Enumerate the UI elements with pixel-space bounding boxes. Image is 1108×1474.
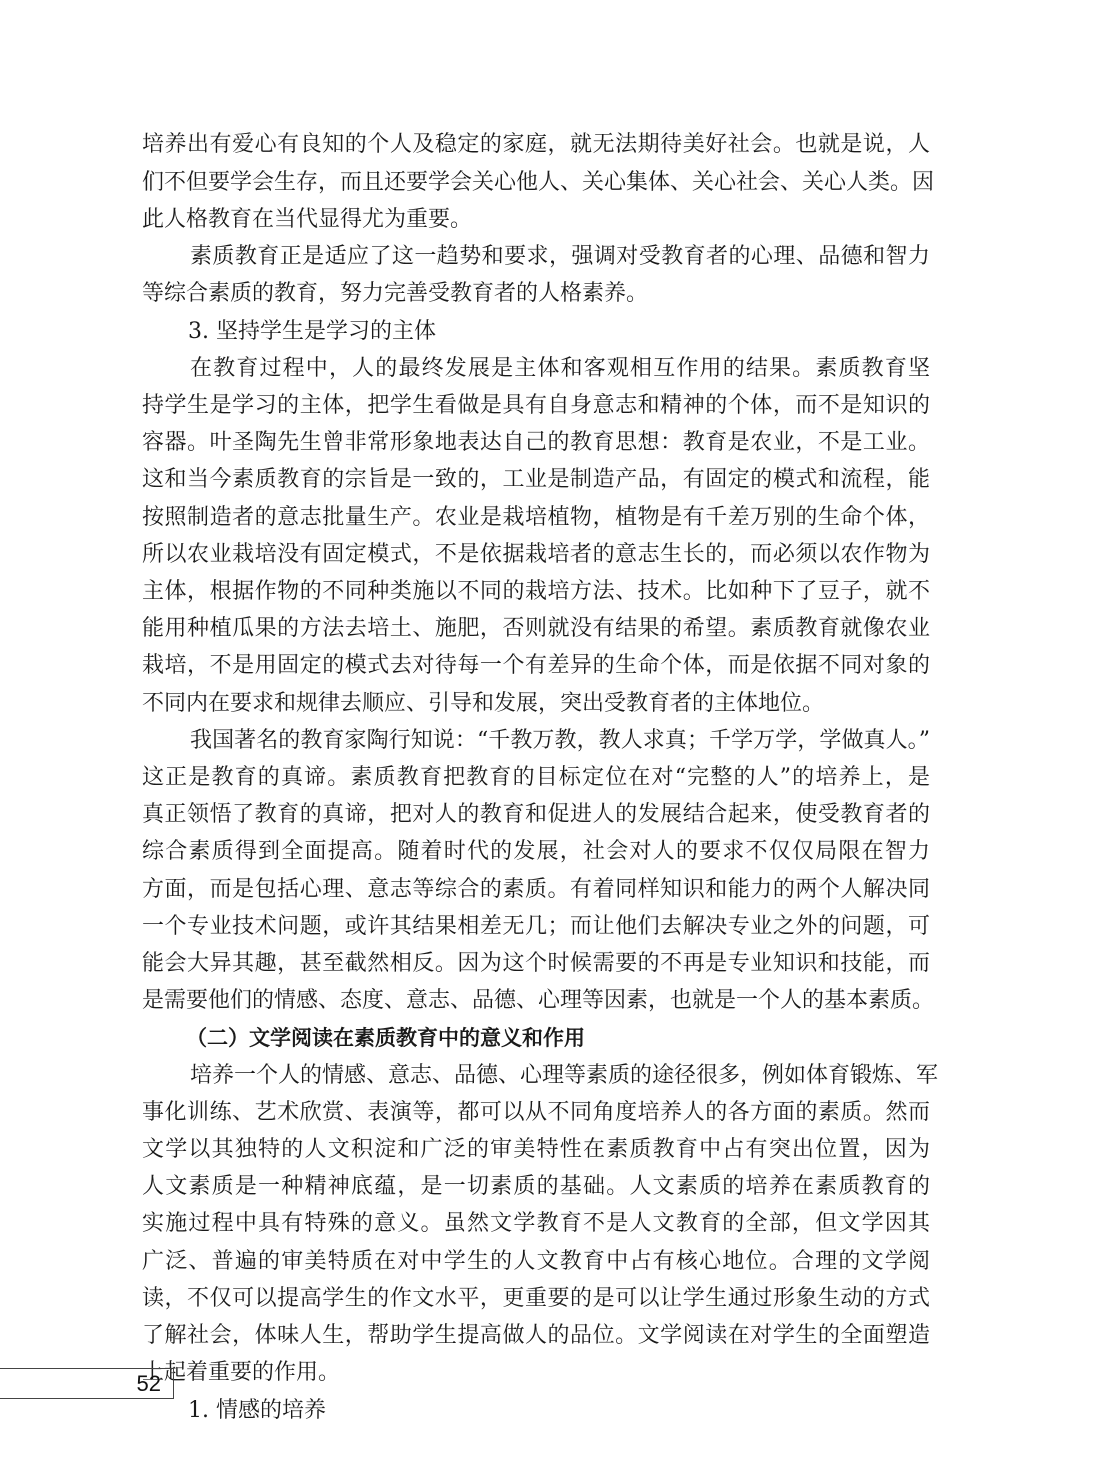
text-line: 文学以其独特的人文积淀和广泛的审美特性在素质教育中占有突出位置，因为 (142, 1135, 930, 1165)
text-line: 一个专业技术问题，或许其结果相差无几；而让他们去解决专业之外的问题，可 (142, 912, 930, 942)
page-number-box: 52 (0, 1368, 174, 1399)
subsection-heading: 3. 坚持学生是学习的主体 (188, 317, 688, 347)
section-heading: （二）文学阅读在素质教育中的意义和作用 (186, 1023, 786, 1053)
text-line: 栽培，不是用固定的模式去对待每一个有差异的生命个体，而是依据不同对象的 (142, 651, 930, 681)
document-page: 培养出有爱心有良知的个人及稳定的家庭，就无法期待美好社会。也就是说，人们不但要学… (0, 0, 1108, 1474)
text-line: 方面，而是包括心理、意志等综合的素质。有着同样知识和能力的两个人解决同 (142, 875, 930, 905)
paragraph-last-line: 不同内在要求和规律去顺应、引导和发展，突出受教育者的主体地位。 (142, 689, 930, 719)
page-number: 52 (137, 1371, 161, 1396)
text-line: 按照制造者的意志批量生产。农业是栽培植物，植物是有千差万别的生命个体， (142, 503, 930, 533)
text-line: 这正是教育的真谛。素质教育把教育的目标定位在对“完整的人”的培养上，是 (142, 763, 930, 793)
text-line: 是需要他们的情感、态度、意志、品德、心理等因素，也就是一个人的基本素质。 (142, 986, 930, 1016)
text-line: 实施过程中具有特殊的意义。虽然文学教育不是人文教育的全部，但文学因其 (142, 1209, 930, 1239)
text-line: 事化训练、艺术欣赏、表演等，都可以从不同角度培养人的各方面的素质。然而 (142, 1098, 930, 1128)
text-line: 能用种植瓜果的方法去培土、施肥，否则就没有结果的希望。素质教育就像农业 (142, 614, 930, 644)
paragraph-last-line: 上起着重要的作用。 (142, 1358, 930, 1388)
text-line: 主体，根据作物的不同种类施以不同的栽培方法、技术。比如种下了豆子，就不 (142, 577, 930, 607)
subsection-heading: 1. 情感的培养 (188, 1396, 688, 1426)
paragraph-first-line: 素质教育正是适应了这一趋势和要求，强调对受教育者的心理、品德和智力 (190, 242, 930, 272)
text-line: 培养出有爱心有良知的个人及稳定的家庭，就无法期待美好社会。也就是说，人 (142, 130, 930, 160)
text-line: 了解社会，体味人生，帮助学生提高做人的品位。文学阅读在对学生的全面塑造 (142, 1321, 930, 1351)
paragraph-last-line: 等综合素质的教育，努力完善受教育者的人格素养。 (142, 279, 930, 309)
text-line: 读，不仅可以提高学生的作文水平，更重要的是可以让学生通过形象生动的方式 (142, 1284, 930, 1314)
text-line: 综合素质得到全面提高。随着时代的发展，社会对人的要求不仅仅局限在智力 (142, 837, 930, 867)
text-line: 真正领悟了教育的真谛，把对人的教育和促进人的发展结合起来，使受教育者的 (142, 800, 930, 830)
paragraph-first-line: 在教育过程中，人的最终发展是主体和客观相互作用的结果。素质教育坚 (190, 354, 930, 384)
paragraph-last-line: 此人格教育在当代显得尤为重要。 (142, 205, 930, 235)
paragraph-first-line: 我国著名的教育家陶行知说：“千教万教，教人求真；千学万学，学做真人。” (190, 726, 930, 756)
text-line: 人文素质是一种精神底蕴，是一切素质的基础。人文素质的培养在素质教育的 (142, 1172, 930, 1202)
text-line: 所以农业栽培没有固定模式，不是依据栽培者的意志生长的，而必须以农作物为 (142, 540, 930, 570)
text-line: 容器。叶圣陶先生曾非常形象地表达自己的教育思想：教育是农业，不是工业。 (142, 428, 930, 458)
text-line: 持学生是学习的主体，把学生看做是具有自身意志和精神的个体，而不是知识的 (142, 391, 930, 421)
text-line: 广泛、普遍的审美特质在对中学生的人文教育中占有核心地位。合理的文学阅 (142, 1247, 930, 1277)
text-line: 们不但要学会生存，而且还要学会关心他人、关心集体、关心社会、关心人类。因 (142, 168, 930, 198)
paragraph-first-line: 培养一个人的情感、意志、品德、心理等素质的途径很多，例如体育锻炼、军 (190, 1061, 930, 1091)
text-line: 这和当今素质教育的宗旨是一致的，工业是制造产品，有固定的模式和流程，能 (142, 465, 930, 495)
text-line: 能会大异其趣，甚至截然相反。因为这个时候需要的不再是专业知识和技能，而 (142, 949, 930, 979)
